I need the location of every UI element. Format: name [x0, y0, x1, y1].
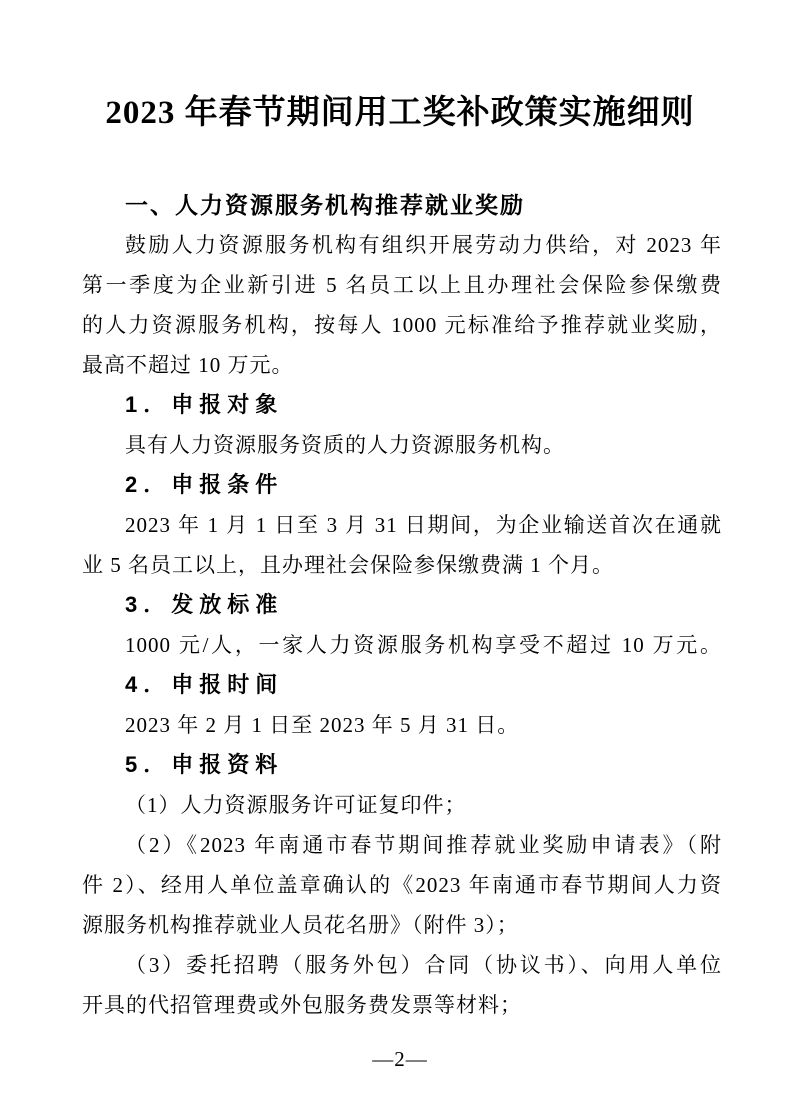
text-line: 件 2）、经用人单位盖章确认的《2023 年南通市春节期间人力资: [82, 865, 722, 905]
text-line: 具有人力资源服务资质的人力资源服务机构。: [82, 425, 722, 465]
numbered-heading: 4．申报时间: [82, 665, 722, 705]
document-page: 2023 年春节期间用工奖补政策实施细则 一、人力资源服务机构推荐就业奖励鼓励人…: [0, 0, 800, 1111]
text-line: （1）人力资源服务许可证复印件；: [82, 785, 722, 825]
text-line: 最高不超过 10 万元。: [82, 345, 722, 385]
numbered-heading: 3．发放标准: [82, 585, 722, 625]
text-line: 2023 年 1 月 1 日至 3 月 31 日期间，为企业输送首次在通就: [82, 505, 722, 545]
text-line: 2023 年 2 月 1 日至 2023 年 5 月 31 日。: [82, 705, 722, 745]
text-line: 鼓励人力资源服务机构有组织开展劳动力供给，对 2023 年: [82, 225, 722, 265]
text-line: 1000 元/人，一家人力资源服务机构享受不超过 10 万元。: [82, 625, 722, 665]
text-line: （2）《2023 年南通市春节期间推荐就业奖励申请表》（附: [82, 825, 722, 865]
document-title: 2023 年春节期间用工奖补政策实施细则: [0, 0, 800, 136]
text-line: （3）委托招聘（服务外包）合同（协议书）、向用人单位: [82, 945, 722, 985]
text-line: 源服务机构推荐就业人员花名册》（附件 3）；: [82, 905, 722, 945]
numbered-heading: 5．申报资料: [82, 745, 722, 785]
text-line: 的人力资源服务机构，按每人 1000 元标准给予推荐就业奖励，: [82, 305, 722, 345]
section-heading: 一、人力资源服务机构推荐就业奖励: [82, 185, 722, 225]
text-line: 开具的代招管理费或外包服务费发票等材料；: [82, 985, 722, 1025]
page-number: —2—: [0, 1039, 800, 1079]
numbered-heading: 1．申报对象: [82, 385, 722, 425]
numbered-heading: 2．申报条件: [82, 465, 722, 505]
text-line: 第一季度为企业新引进 5 名员工以上且办理社会保险参保缴费: [82, 265, 722, 305]
document-body: 一、人力资源服务机构推荐就业奖励鼓励人力资源服务机构有组织开展劳动力供给，对 2…: [0, 185, 800, 1025]
text-line: 业 5 名员工以上，且办理社会保险参保缴费满 1 个月。: [82, 545, 722, 585]
